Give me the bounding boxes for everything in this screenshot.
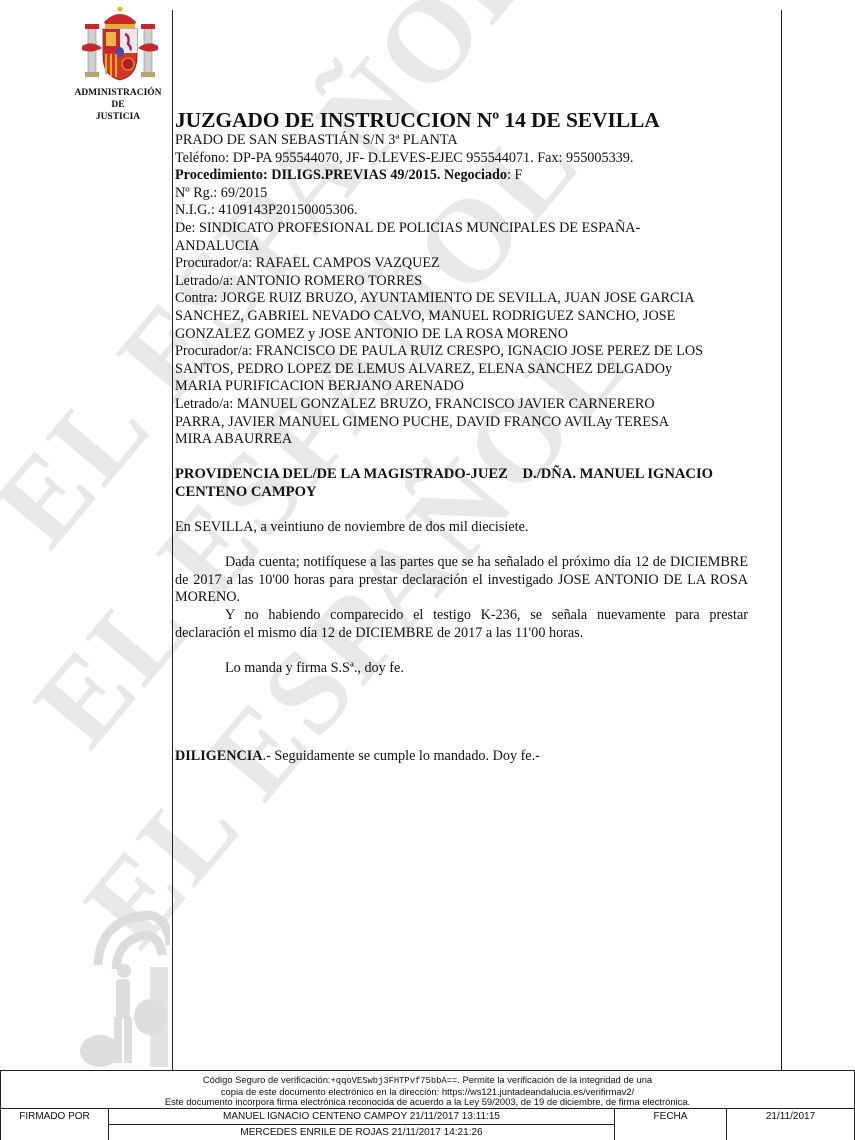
verification-suffix: . Permite la verificación de la integrid…: [457, 1074, 652, 1085]
diligencia-text: .- Seguidamente se cumple lo mandado. Do…: [263, 748, 540, 764]
closing-line: Lo manda y firma S.Sª., doy fe.: [175, 660, 748, 678]
demandante-line: De: SINDICATO PROFESIONAL DE POLICIAS MU…: [175, 220, 748, 238]
procedimiento-label: Procedimiento: DILIGS.PREVIAS 49/2015. N…: [175, 167, 507, 183]
signature-footer: Código Seguro de verificación:+qqoVESwbj…: [0, 1070, 855, 1140]
letrado-demandados-line: Letrado/a: MANUEL GONZALEZ BRUZO, FRANCI…: [175, 396, 748, 414]
negociado-value: : F: [507, 167, 522, 183]
providencia-heading: PROVIDENCIA DEL/DE LA MAGISTRADO-JUEZ D.…: [175, 466, 748, 484]
date-value: 21/11/2017: [727, 1109, 854, 1140]
procedimiento: Procedimiento: DILIGS.PREVIAS 49/2015. N…: [175, 167, 748, 185]
court-phone: Teléfono: DP-PA 955544070, JF- D.LEVES-E…: [175, 150, 748, 168]
letrado-demandados-line: PARRA, JAVIER MANUEL GIMENO PUCHE, DAVID…: [175, 414, 748, 432]
signature-table: FIRMADO POR MANUEL IGNACIO CENTENO CAMPO…: [1, 1109, 854, 1140]
nig-number: N.I.G.: 4109143P20150005306.: [175, 202, 748, 220]
diligencia: DILIGENCIA.- Seguidamente se cumple lo m…: [175, 748, 748, 766]
letrado-demandante: Letrado/a: ANTONIO ROMERO TORRES: [175, 273, 748, 291]
court-title: JUZGADO DE INSTRUCCION Nº 14 DE SEVILLA: [175, 108, 748, 132]
court-address: PRADO DE SAN SEBASTIÁN S/N 3ª PLANTA: [175, 132, 748, 150]
spain-coat-of-arms-icon: [80, 4, 160, 86]
signer-row: MERCEDES ENRILE DE ROJAS 21/11/2017 14:2…: [109, 1125, 615, 1140]
date-label: FECHA: [615, 1109, 727, 1140]
signer-row: MANUEL IGNACIO CENTENO CAMPOY 21/11/2017…: [109, 1109, 615, 1125]
document-body: JUZGADO DE INSTRUCCION Nº 14 DE SEVILLA …: [175, 108, 748, 765]
registro-number: Nº Rg.: 69/2015: [175, 185, 748, 203]
administracion-de-justicia-label: ADMINISTRACIÓN DE JUSTICIA: [60, 87, 176, 123]
admin-label-line: ADMINISTRACIÓN: [60, 87, 176, 99]
right-margin-rule: [781, 10, 782, 1070]
verification-code: +qqoVESwbj3FHTPvf75bbA==: [331, 1076, 458, 1086]
admin-label-line: DE: [60, 99, 176, 111]
letrado-demandados-line: MIRA ABAURREA: [175, 431, 748, 449]
left-margin-rule: [172, 10, 173, 1070]
contra-line: GONZALEZ GOMEZ y JOSE ANTONIO DE LA ROSA…: [175, 326, 748, 344]
diligencia-label: DILIGENCIA: [175, 748, 263, 764]
contra-line: SANCHEZ, GABRIEL NEVADO CALVO, MANUEL RO…: [175, 308, 748, 326]
junta-de-andalucia-logo-icon: [70, 905, 170, 1070]
procurador-demandados-line: MARIA PURIFICACION BERJANO ARENADO: [175, 378, 748, 396]
signed-by-label: FIRMADO POR: [1, 1109, 109, 1140]
procurador-demandados-line: Procurador/a: FRANCISCO DE PAULA RUIZ CR…: [175, 343, 748, 361]
contra-line: Contra: JORGE RUIZ BRUZO, AYUNTAMIENTO D…: [175, 290, 748, 308]
place-date: En SEVILLA, a veintiuno de noviembre de …: [175, 519, 748, 537]
verification-prefix: Código Seguro de verificación:: [203, 1074, 331, 1085]
verification-law-line: Este documento incorpora firma electróni…: [1, 1097, 854, 1108]
paragraph-witness: Y no habiendo comparecido el testigo K-2…: [175, 607, 748, 642]
paragraph-notification: Dada cuenta; notifíquese a las partes qu…: [175, 554, 748, 607]
providencia-heading: CENTENO CAMPOY: [175, 484, 748, 502]
verification-block: Código Seguro de verificación:+qqoVESwbj…: [1, 1071, 854, 1109]
demandante-line: ANDALUCIA: [175, 238, 748, 256]
admin-label-line: JUSTICIA: [60, 111, 176, 123]
procurador-demandante: Procurador/a: RAFAEL CAMPOS VAZQUEZ: [175, 255, 748, 273]
procurador-demandados-line: SANTOS, PEDRO LOPEZ DE LEMUS ALVAREZ, EL…: [175, 361, 748, 379]
verification-line: Código Seguro de verificación:+qqoVESwbj…: [1, 1075, 854, 1087]
